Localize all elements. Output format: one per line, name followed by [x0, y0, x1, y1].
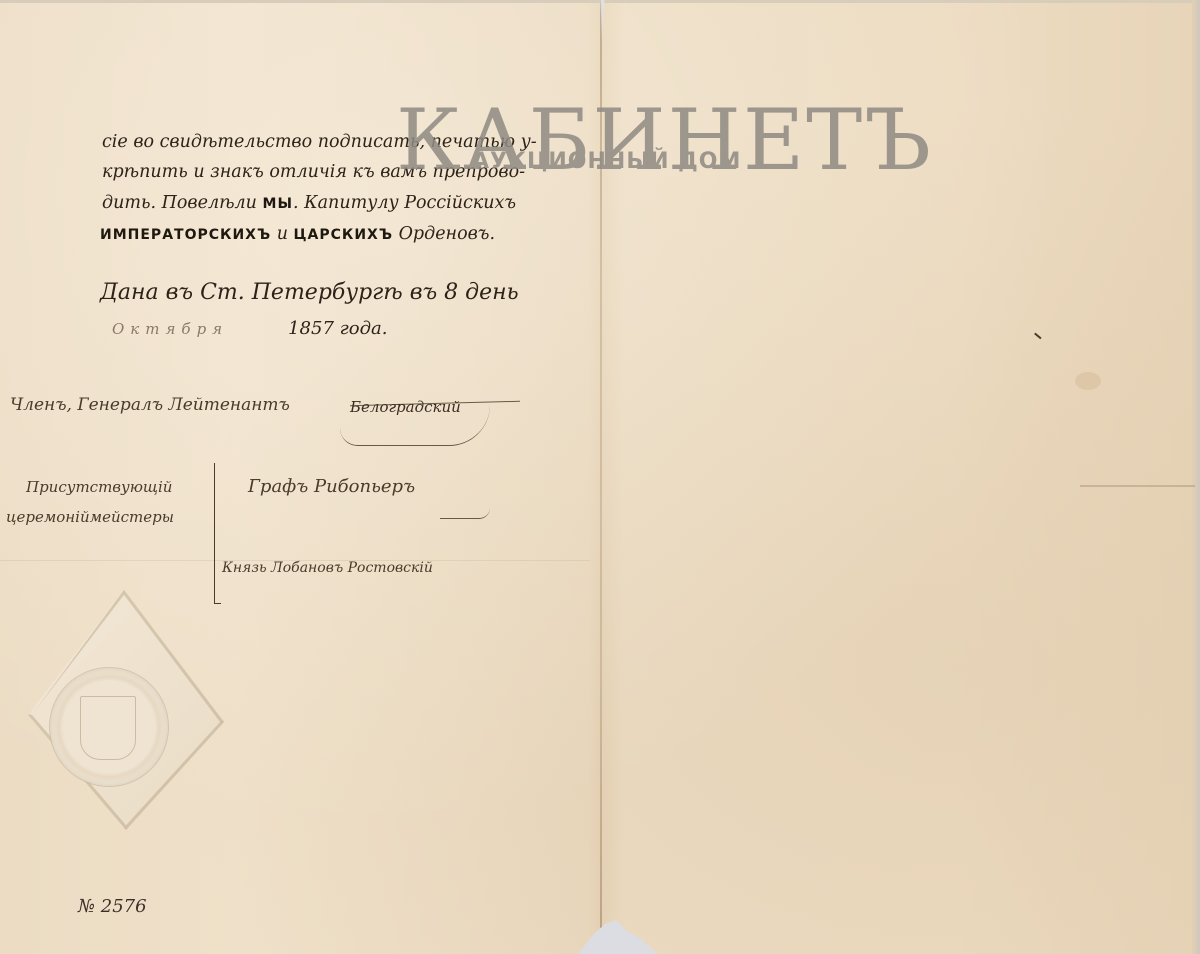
text-tsarist: ЦАРСКИХЪ: [294, 227, 393, 243]
ceremony-role-line-1: Присутствующій: [26, 478, 172, 496]
given-at-line: Дана въ Ст. Петербургѣ въ 8 день: [100, 280, 519, 305]
seal-shield-icon: [80, 696, 136, 760]
paper-right-edge: [1192, 0, 1200, 954]
text-line-3-bold: МЫ: [263, 196, 293, 212]
text-imperial: ИМПЕРАТОРСКИХЪ: [100, 227, 271, 243]
member-role: Членъ, Генералъ Лейтенантъ: [10, 395, 290, 415]
text-line-3-post: . Капитулу Россійскихъ: [293, 193, 516, 213]
text-line-4: ИМПЕРАТОРСКИХЪ и ЦАРСКИХЪ Орденовъ.: [100, 224, 495, 244]
fold-tear-bottom: [578, 920, 658, 954]
embossed-seal: [28, 590, 224, 830]
signature-ribopierre: Графъ Рибопьеръ: [248, 476, 415, 497]
year-text: 1857 года.: [288, 318, 387, 339]
document-sheet: сіе во свидѣтельство подписать, печатью …: [0, 0, 1200, 954]
text-line-4-post: Орденовъ.: [393, 224, 495, 244]
text-line-4-mid: и: [271, 224, 293, 244]
signature-bracket: [214, 463, 221, 604]
catalog-number: № 2576: [78, 896, 147, 917]
date-line: Октября1857 года.: [112, 318, 387, 339]
text-line-1: сіе во свидѣтельство подписать, печатью …: [102, 132, 537, 152]
center-fold: [600, 0, 602, 954]
ceremony-role-line-2: церемоніймейстеры: [6, 508, 174, 526]
paper-stain: [1075, 372, 1101, 390]
signature-2-flourish: [440, 508, 490, 519]
signature-lobanov: Князь Лобановъ Ростовскій: [222, 560, 433, 576]
paper-crease-right: [1080, 485, 1195, 487]
text-line-2: крѣпить и знакъ отличія къ вамъ препрово…: [102, 162, 525, 182]
month-handwritten: Октября: [112, 320, 228, 338]
signature-flourish: [340, 405, 490, 446]
text-line-3-pre: дить. Повелѣли: [102, 193, 263, 213]
text-line-3: дить. Повелѣли МЫ. Капитулу Россійскихъ: [102, 193, 516, 213]
ink-tick-mark: [1034, 333, 1041, 339]
